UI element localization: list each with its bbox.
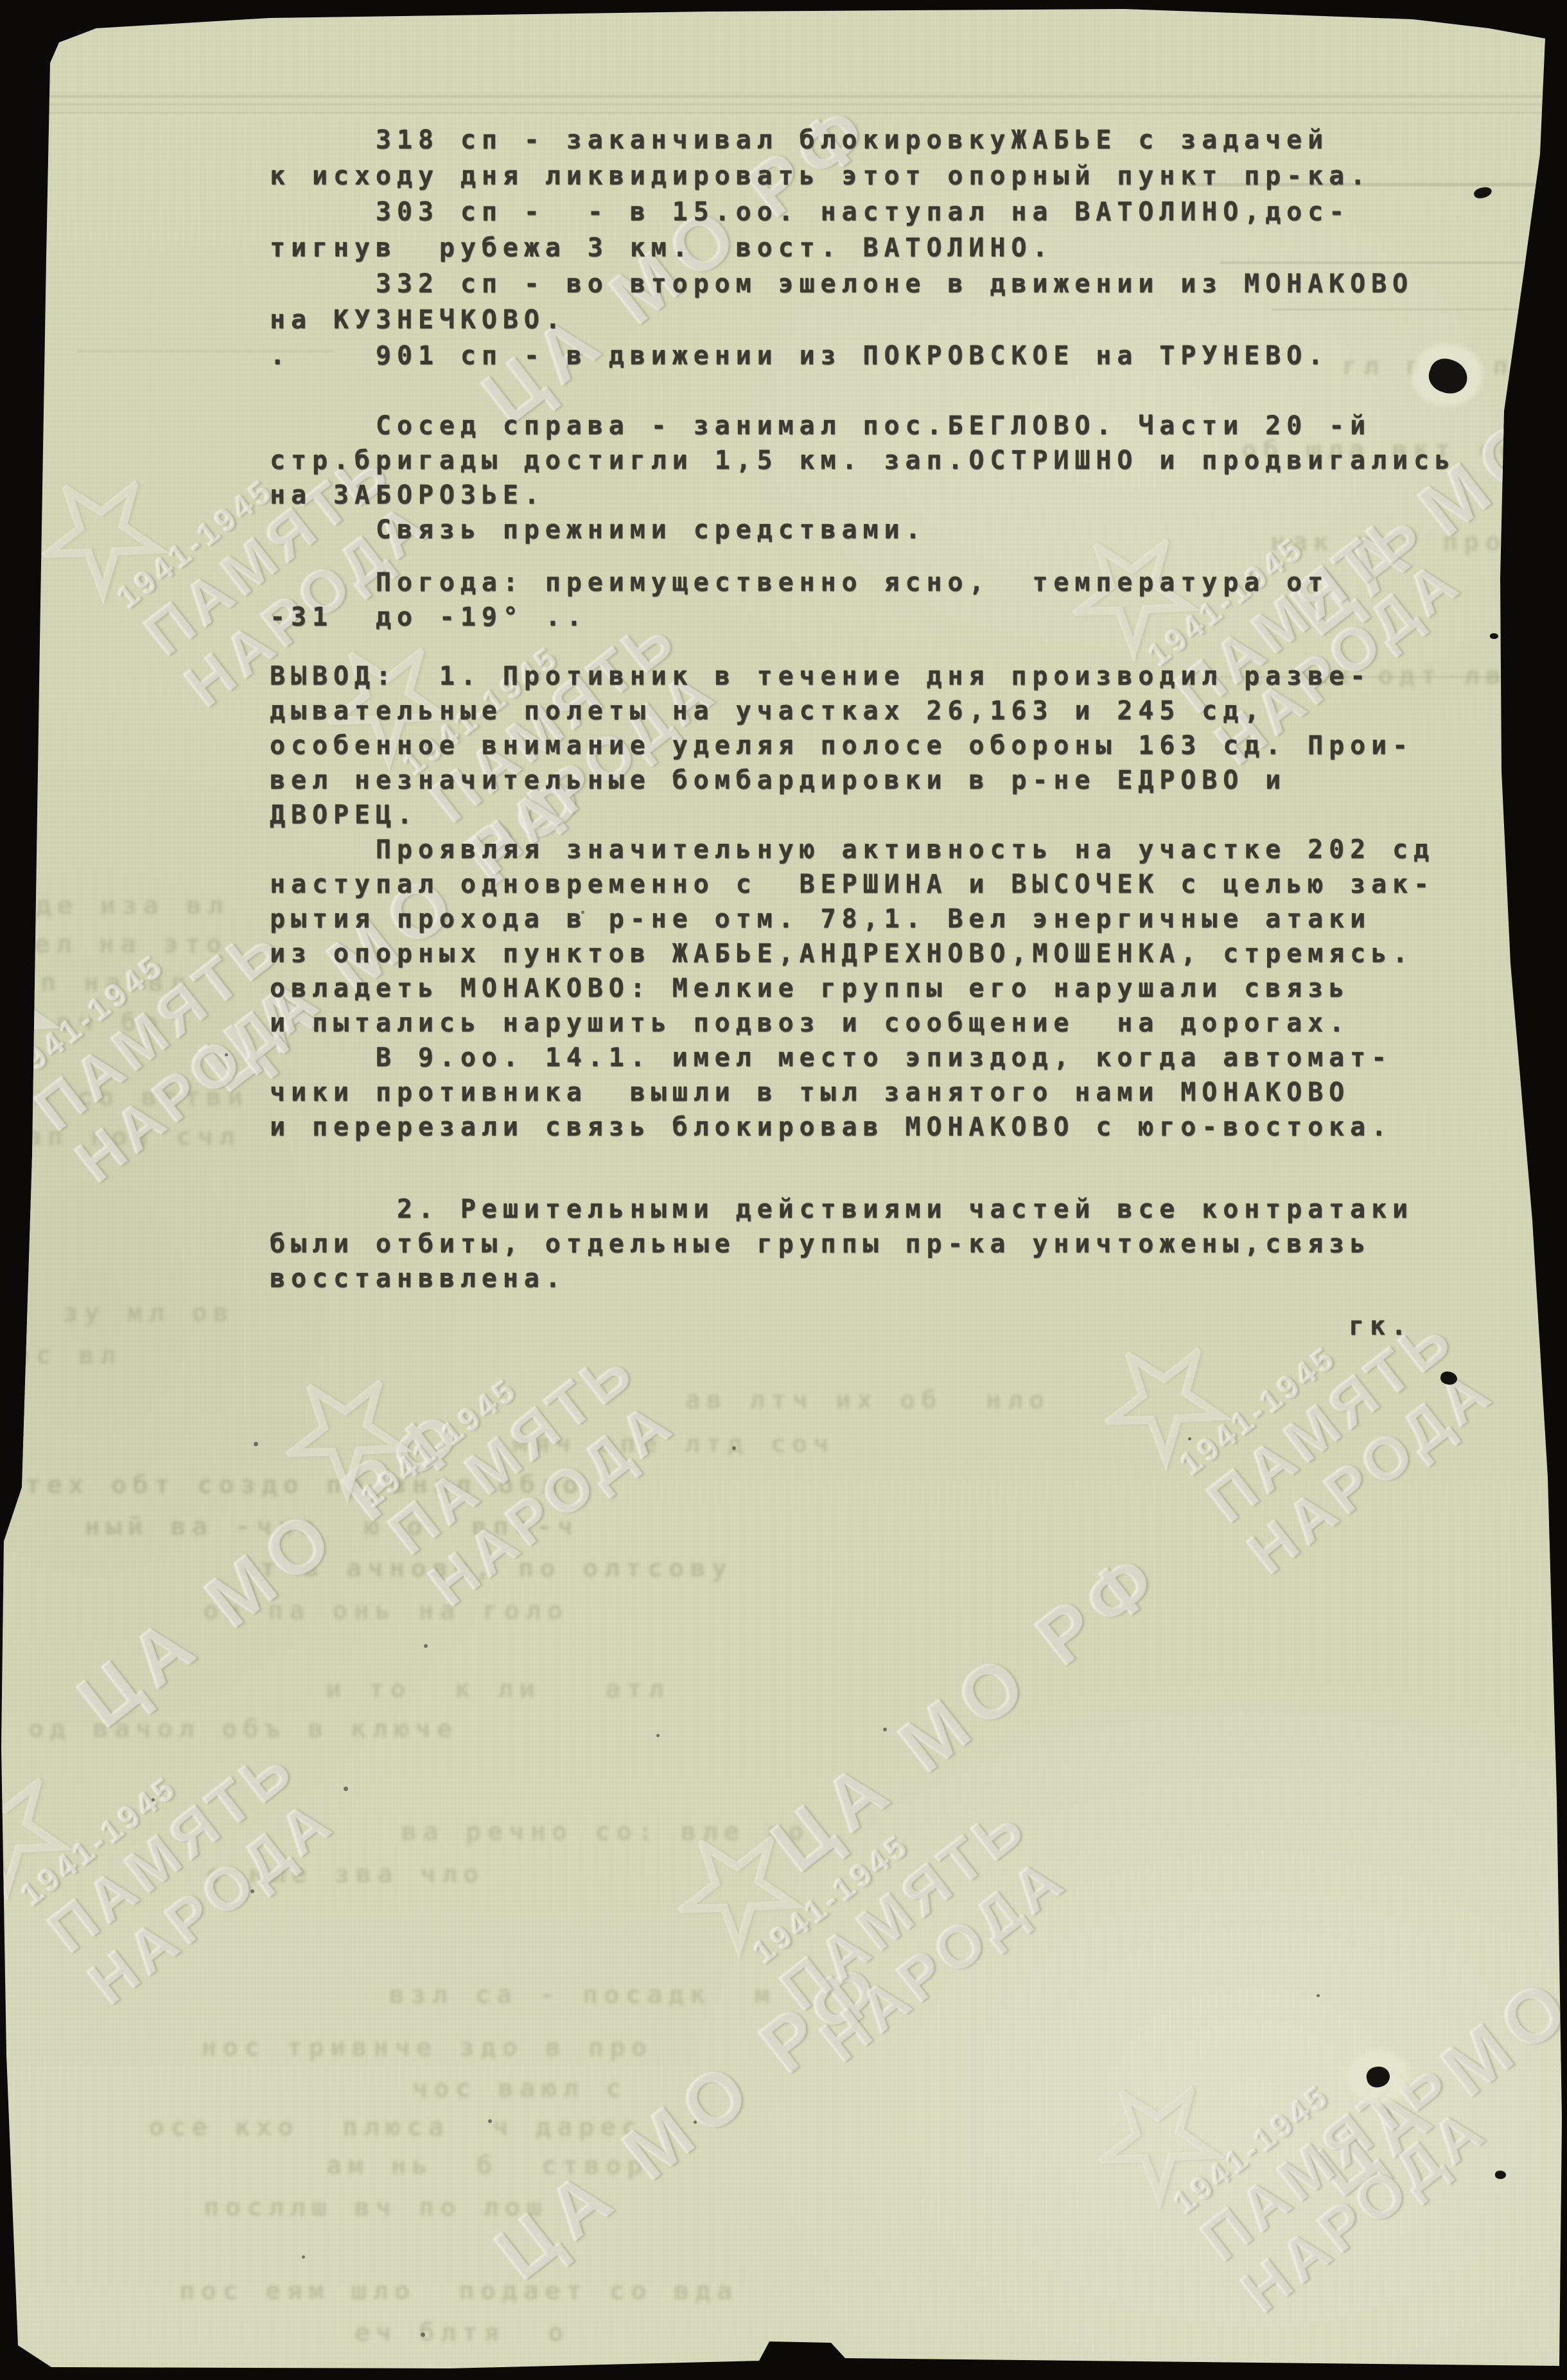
typed-line: Связь прежними средствами.	[270, 515, 926, 545]
bleed-through-line: и то к ли атл	[326, 1675, 670, 1703]
typed-line: 2. Решительными действиями частей все ко…	[270, 1194, 1414, 1224]
paper-speck	[656, 1734, 660, 1737]
bleed-through-line: ол со ветви	[12, 1083, 249, 1111]
bleed-through-line: взл са - посадк м	[389, 1981, 776, 2009]
typed-line: и пытались нарушить подвоз и сообщение н…	[270, 1008, 1350, 1038]
paper-hole	[1495, 2171, 1506, 2179]
bleed-through-line: вт в ачновц, по олтсову	[239, 1554, 733, 1582]
paper-speck	[883, 1728, 887, 1731]
typed-line: дывательные полеты на участках 26,163 и …	[270, 696, 1265, 726]
star-icon	[17, 450, 184, 617]
paper-hole	[1439, 1370, 1458, 1386]
scan-streak	[0, 95, 1567, 98]
scan-streak	[0, 103, 1567, 105]
star-icon	[1074, 2055, 1241, 2222]
typed-line: из опорных пунктов ЖАБЬЕ,АНДРЕХНОВО,МОШЕ…	[270, 939, 1414, 968]
paper-tear	[1473, 186, 1493, 200]
paper-speck	[152, 1798, 155, 1801]
typed-line: восстанввлена.	[270, 1264, 566, 1293]
bleed-through-line: зу мл ов	[63, 1299, 235, 1327]
bleed-through-line: нак вст про вче	[1270, 528, 1567, 556]
typed-line: особенное внимание уделяя полосе обороны…	[270, 731, 1414, 760]
watermark-tsamo: ЦА МО РФ	[1298, 1855, 1567, 2214]
typed-line: были отбиты, отдельные группы пр-ка унич…	[270, 1229, 1371, 1259]
paper-speck	[732, 1446, 736, 1450]
bleed-through-line: посллш вч по лош	[204, 2193, 548, 2221]
bleed-through-line: ва речно со: вле по	[401, 1817, 810, 1846]
scan-edge-sliver	[58, 0, 1413, 6]
bleed-through-line: он па онь на голо	[203, 1597, 568, 1625]
bleed-through-line: вч бо	[57, 1008, 164, 1037]
typed-line: овладеть МОНАКОВО: Мелкие группы его нар…	[270, 974, 1350, 1003]
paper-speck	[1317, 1994, 1320, 1997]
watermark-pamyat-naroda: 1941-1945 ПАМЯТЬ НАРОДА	[0, 1601, 371, 2040]
paper-speck	[488, 2119, 492, 2123]
typed-line: ВЫВОД: 1. Противник в течение дня произв…	[270, 661, 1371, 691]
scan-streak	[1220, 261, 1567, 264]
typed-line: чики противника вышли в тыл занятого нам…	[270, 1078, 1350, 1107]
typed-line: В 9.оо. 14.1. имел место эпиздод, когда …	[270, 1043, 1392, 1072]
typed-line: рытия прохода в р-не отм. 78,1. Вел энер…	[270, 904, 1371, 934]
bleed-through-line: оде иза вл	[14, 891, 229, 920]
paper-speck	[694, 2121, 697, 2124]
bleed-through-line: ап нов счл	[26, 1123, 241, 1151]
typed-line: Погода: преимущественно ясно, температур…	[270, 568, 1329, 597]
typed-line: -31 до -19° ..	[270, 602, 588, 632]
bleed-through-line: ос вл	[14, 1341, 121, 1369]
watermark-pamyat-naroda: 1941-1945 ПАМЯТЬ НАРОДА	[1071, 1909, 1523, 2348]
watermark-pamyat-naroda: 1941-1945 ПАМЯТЬ НАРОДА	[650, 1659, 1103, 2097]
bleed-through-line: мяч впе лтд соч	[512, 1430, 835, 1458]
bleed-through-line: тел на это	[13, 930, 228, 958]
scan-streak	[0, 112, 1567, 114]
typed-line: 303 сп - - в 15.оо. наступал на ВАТОЛИНО…	[270, 197, 1350, 227]
bleed-through-line: с ные зва чло	[206, 1860, 485, 1888]
typed-line: Сосед справа - занимал пос.БЕГЛОВО. Част…	[270, 411, 1371, 441]
bleed-through-line: чос ваюл с	[412, 2074, 627, 2103]
bleed-through-line: пос еям шло подает со вда	[179, 2277, 738, 2305]
paper-speck	[250, 1889, 254, 1893]
typed-line: к исходу дня ликвидировать этот опорный …	[270, 161, 1371, 191]
paper-speck	[581, 911, 584, 914]
typed-line: и перерезали связь блокировав МОНАКОВО с…	[270, 1112, 1392, 1142]
typed-line: наступал одновременно с ВЕРШИНА и ВЫСОЧЕ…	[270, 870, 1435, 899]
typed-line: на КУЗНЕЧКОВО.	[270, 305, 566, 335]
typed-line: 332 сп - во втором эшелоне в движении из…	[270, 269, 1414, 299]
bleed-through-line: од вачол объ в ключе	[28, 1715, 458, 1743]
typed-line: Проявляя значительную активность на учас…	[270, 835, 1435, 864]
typed-line: . 901 сп - в движении из ПОКРОВСКОЕ на Т…	[270, 341, 1329, 371]
bleed-through-line: ав лтч их об нло	[685, 1386, 1050, 1414]
paper-speck	[424, 1644, 428, 1648]
bleed-through-line: еч блтя о	[355, 2318, 570, 2347]
paper-sheet: гл вто пех од об шла вкт содк нак вст пр…	[0, 0, 1567, 2380]
bleed-through-line: осе кхо плюса ч дарес	[149, 2113, 643, 2141]
star-icon	[0, 1747, 88, 1914]
paper-hole	[1490, 633, 1498, 639]
typed-line: на ЗАБОРОЗЬЕ.	[270, 480, 545, 510]
paper-speck	[1188, 1437, 1191, 1440]
typed-line: тигнув рубежа 3 км. вост. ВАТОЛИНО.	[270, 233, 1053, 263]
typed-line: 318 сп - заканчивал блокировкуЖАБЬЕ с за…	[270, 125, 1329, 155]
bleed-through-line: тех обт создо пр внал обло	[25, 1471, 584, 1499]
paper-speck	[344, 1787, 348, 1791]
star-icon	[1080, 1317, 1247, 1483]
bleed-through-line: нос тривнче здо в про	[201, 2033, 652, 2061]
scanned-document-page: гл вто пех од об шла вкт содк нак вст пр…	[0, 0, 1567, 2380]
bleed-through-line: сп на вл	[19, 968, 191, 997]
watermark-tsamo: ЦА МО РФ	[755, 1531, 1180, 1889]
paper-speck	[302, 2255, 305, 2259]
paper-speck	[421, 2332, 425, 2337]
paper-speck	[254, 1442, 258, 1446]
signature-initials: гк.	[1349, 1311, 1412, 1341]
typed-line: ДВОРЕЦ.	[270, 800, 418, 830]
typed-line: вел незначительные бомбардировки в р-не …	[270, 766, 1286, 795]
scan-streak	[1272, 308, 1567, 311]
paper-speck	[225, 1053, 228, 1056]
bleed-through-line: ный ва -чна ю о впо-ч	[85, 1512, 579, 1541]
typed-line: стр.бригады достигли 1,5 км. зап.ОСТРИШН…	[270, 446, 1456, 475]
bleed-through-line: ам нь б створ	[326, 2151, 649, 2180]
